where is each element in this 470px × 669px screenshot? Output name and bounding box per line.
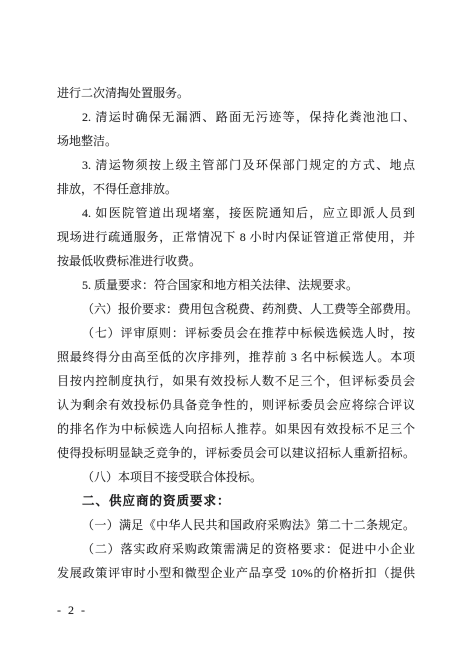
text-line: 现场进行疏通服务，正常情况下 8 小时内保证管道正常使用，并 — [57, 225, 415, 249]
text-line: （一）满足《中华人民共和国政府采购法》第二十二条规定。 — [57, 513, 415, 537]
text-line: 照最终得分由高至低的次序排列，推荐前 3 名中标候选人。本项 — [57, 345, 415, 369]
text-line: 按最低收费标准进行收费。 — [57, 249, 415, 273]
text-line: 目按内控制度执行，如果有效投标人数不足三个，但评标委员会 — [57, 369, 415, 393]
text-line: 场地整洁。 — [57, 129, 415, 153]
document-body: 进行二次清掏处置服务。2. 清运时确保无漏洒、路面无污迹等，保持化粪池池口、场地… — [57, 81, 415, 585]
text-line: （七）评审原则：评标委员会在推荐中标候选候选人时，按 — [57, 321, 415, 345]
text-line: 的排名作为中标候选人向招标人推荐。如果因有效投标不足三个 — [57, 417, 415, 441]
text-line: 4. 如医院管道出现堵塞，接医院通知后，应立即派人员到 — [57, 201, 415, 225]
text-line: 认为剩余有效投标仍具备竞争性的，则评标委员会应将综合评议 — [57, 393, 415, 417]
page-number: - 2 - — [57, 601, 87, 619]
text-line: 3. 清运物须按上级主管部门及环保部门规定的方式、地点 — [57, 153, 415, 177]
text-line: 5. 质量要求：符合国家和地方相关法律、法规要求。 — [57, 273, 415, 297]
text-line: （六）报价要求：费用包含税费、药剂费、人工费等全部费用。 — [57, 297, 415, 321]
text-line: 使得投标明显缺乏竞争的，评标委员会可以建议招标人重新招标。 — [57, 441, 415, 465]
text-line: （二）落实政府采购政策需满足的资格要求：促进中小企业 — [57, 537, 415, 561]
text-line: 排放，不得任意排放。 — [57, 177, 415, 201]
text-line: 2. 清运时确保无漏洒、路面无污迹等，保持化粪池池口、 — [57, 105, 415, 129]
text-line: 进行二次清掏处置服务。 — [57, 81, 415, 105]
text-line: （八）本项目不接受联合体投标。 — [57, 465, 415, 489]
text-line: 发展政策评审时小型和微型企业产品享受 10%的价格折扣（提供 — [57, 561, 415, 585]
section-heading: 二、供应商的资质要求： — [57, 489, 415, 513]
document-page: 进行二次清掏处置服务。2. 清运时确保无漏洒、路面无污迹等，保持化粪池池口、场地… — [0, 0, 470, 669]
